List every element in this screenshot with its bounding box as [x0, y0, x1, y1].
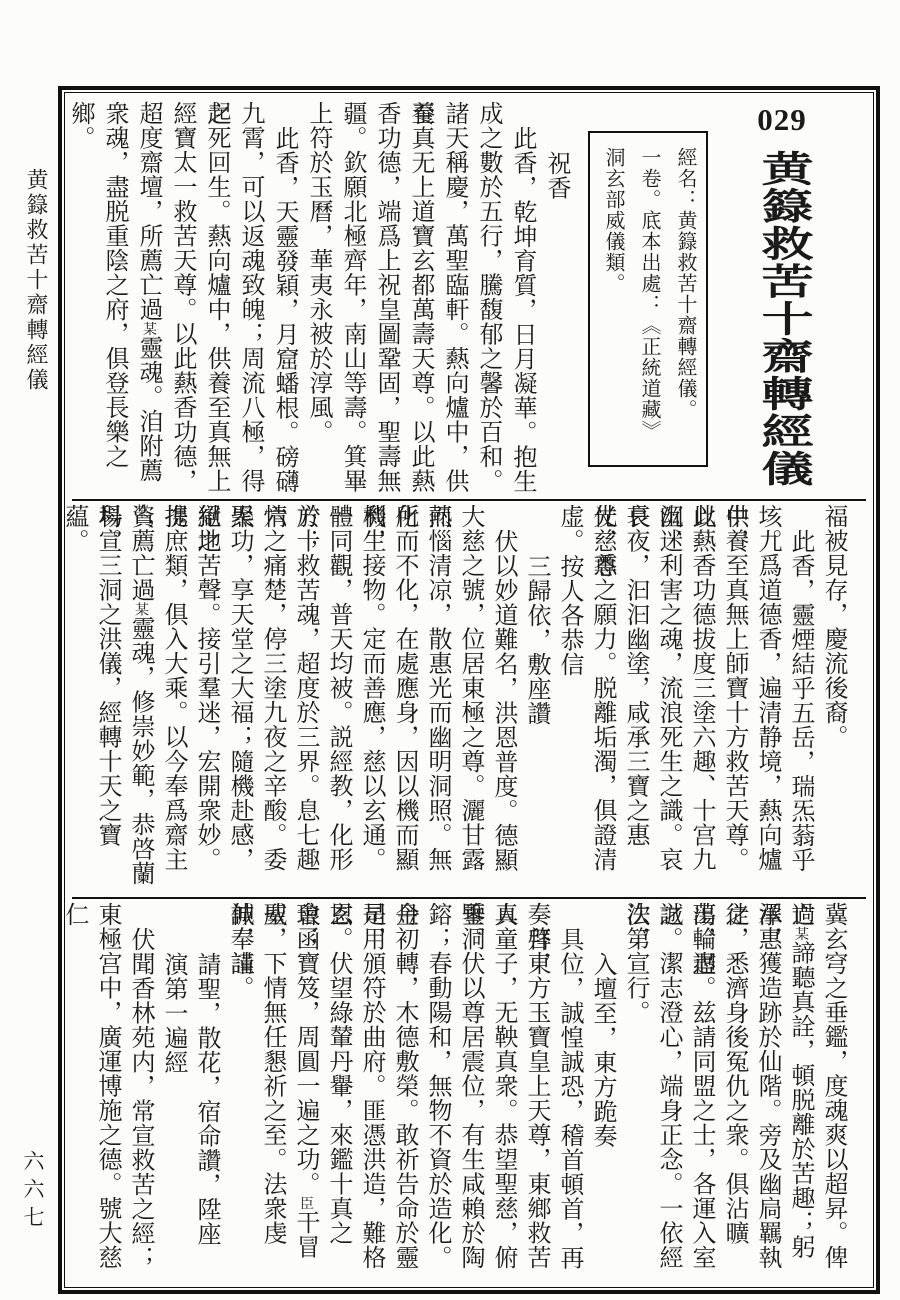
text-column: 演第一遍經: [157, 902, 190, 1279]
text-column: 東極宫中，廣運博施之德。號大慈仁: [91, 902, 124, 1279]
text-column: 具位，誠惶誠恐，稽首頓首，再拜，: [553, 902, 586, 1279]
text-columns-top: 祝香此香，乾坤育質，日月凝華。抱生成之數於五行，騰馥郁之馨於百和。諸天稱慶，萬聖…: [98, 101, 574, 496]
text-column: 鎔；春動陽和，無物不資於造化。金: [421, 902, 454, 1279]
small-annotation-char: 某: [793, 927, 809, 941]
edition-note-column: 洞玄部威儀類。: [596, 133, 632, 465]
text-column: 獄之苦聲。接引羣迷，宏開衆妙。提: [190, 504, 223, 894]
text-column: 熱惱清凉，散惠光而幽明洞照。無所: [421, 504, 454, 894]
page-frame: 029 黄籙救苦十齋轉經儀 經名：黄籙救苦十齋轉經儀。 一卷。底本出處：《正統道…: [58, 86, 880, 1294]
edition-note-column: 經名：黄籙救苦十齋轉經儀。: [668, 133, 704, 465]
text-column: 資薦亡過某靈魂，修崇妙範，恭啓蘭場。: [124, 504, 157, 894]
text-column: 出輪迴。兹請同盟之士，各運入室之: [685, 902, 718, 1279]
text-column: 此爇香功德拔度三塗六趣、十宫九幽、: [685, 504, 718, 894]
text-column: 方；救苦魂，超度於三界。息七趣六: [289, 504, 322, 894]
text-column: 人童子，无鞅真衆。恭望聖慈，俯垂洞: [487, 902, 520, 1279]
folio-number: 六六七: [18, 1150, 48, 1234]
text-column: 成之數於五行，騰馥郁之馨於百和。: [472, 101, 506, 496]
text-column: 丹初轉，木德敷榮。敢祈告命於靈司，: [388, 902, 421, 1279]
text-column: 是用頒符於曲府。匪憑洪造，難格玄: [355, 902, 388, 1279]
text-column: 福被見存，慶流後裔。: [817, 504, 850, 894]
scripture-scan-page: { "colors": { "ink": "#1a1a1a", "paper":…: [0, 0, 900, 1300]
text-column: 伸奉請。: [223, 902, 256, 1279]
text-column: 科宣三洞之洪儀，經轉十天之寶藴。: [91, 504, 124, 894]
text-column: 供養至真無上師寶十方救苦天尊。以: [718, 504, 751, 894]
edition-note-column: 一卷。底本出處：《正統道藏》: [632, 133, 668, 465]
text-column: 垓。爲道德香，遍清静境，爇向爐中，: [751, 504, 784, 894]
text-column: 鑒。伏以尊居震位，有生咸賴於陶: [454, 902, 487, 1279]
text-column: 情之痛楚，停三塗九夜之辛酸。委炁: [256, 504, 289, 894]
text-column: 入壇至，東方跪奏: [586, 902, 619, 1279]
text-column: 琅函寶笈，周圓一遍之功。臣干冒聖: [289, 902, 322, 1279]
small-annotation-char: 某: [141, 322, 157, 336]
text-column: 伏以妙道難名，洪恩普度。德顯: [487, 504, 520, 894]
text-column: 三歸依，敷座讚: [520, 504, 553, 894]
section-top: 029 黄籙救苦十齋轉經儀 經名：黄籙救苦十齋轉經儀。 一卷。底本出處：《正統道…: [70, 98, 868, 499]
text-column: 體同觀，普天均被。説經教，化形於十: [322, 504, 355, 894]
text-column: 請聖，散花，宿命讚，陞座: [190, 902, 223, 1279]
text-columns-bottom: 冀玄穹之垂鑑，度魂爽以超昇。俾亡過某諦聽真詮，頓脱離於苦趣；躬承惠澤，獲造跡於仙…: [91, 902, 850, 1279]
text-column: 次第宣行。: [619, 902, 652, 1279]
text-column: 九霄，可以返魂致魄；周流八極，得之: [234, 101, 268, 496]
text-column: 沉迷利害之魂，流浪死生之識。哀哀: [652, 504, 685, 894]
text-column: 長夜，汩汩幽塗，咸承三寶之惠光，悉: [619, 504, 652, 894]
section-middle: 福被見存，慶流後裔。此香，靈煙結乎五岳，瑞炁蓊乎九垓。爲道德香，遍清静境，爇向爐…: [70, 501, 868, 897]
text-column: 諸天稱慶，萬聖臨軒。爇向爐中，供養: [438, 101, 472, 496]
text-column: 疆。欽願北極齊年，南山等壽。箕畢: [336, 101, 370, 496]
text-column: 利生接物。定而善應，慈以玄通。一: [355, 504, 388, 894]
text-column: 過某諦聽真詮，頓脱離於苦趣；躬承惠: [784, 902, 817, 1279]
text-column: 澤，獲造跡於仙階。旁及幽扃羈執之: [751, 902, 784, 1279]
text-column: 化而不化，在處應身，因以機而顯機，: [388, 504, 421, 894]
text-column: 奏啓東方玉寶皇上天尊，東鄉救苦真: [520, 902, 553, 1279]
text-column: 經寶太一救苦天尊。以此爇香功德，: [166, 101, 200, 496]
text-column: 香功德，端爲上祝皇圖鞏固，聖壽無: [370, 101, 404, 496]
text-column: 恩。伏望綠輦丹轝，來鑑十真之會；: [322, 902, 355, 1279]
text-column: 至真无上道寶玄都萬壽天尊。以此爇: [404, 101, 438, 496]
text-columns-middle: 福被見存，慶流後裔。此香，靈煙結乎五岳，瑞炁蓊乎九垓。爲道德香，遍清静境，爇向爐…: [91, 504, 850, 894]
text-column: 伏聞香林苑内，常宣救苦之經；: [124, 902, 157, 1279]
text-column: 威，下情無任懇祈之至。法衆虔誠，謹: [256, 902, 289, 1279]
text-column: 此香，天靈發穎，月窟蟠根。磅礴: [268, 101, 302, 496]
text-column: 衆魂，盡脱重陰之府，俱登長樂之鄉。: [98, 101, 132, 496]
section-bottom: 冀玄穹之垂鑑，度魂爽以超昇。俾亡過某諦聽真詮，頓脱離於苦趣；躬承惠澤，獲造跡於仙…: [70, 899, 868, 1282]
text-column: 携庶類，俱入大乘。以今奉爲齋主某，: [157, 504, 190, 894]
page-code: 029: [754, 102, 810, 138]
edition-note-box: 經名：黄籙救苦十齋轉經儀。 一卷。底本出處：《正統道藏》 洞玄部威儀類。: [588, 131, 708, 467]
small-annotation-char: 臣: [298, 1196, 314, 1210]
text-column: 徒，悉濟身後冤仇之衆。俱沾曠蕩，盡: [718, 902, 751, 1279]
text-column: 聚功，享天堂之大福；隨機赴感，絕地: [223, 504, 256, 894]
scripture-title: 黄籙救苦十齋轉經儀: [743, 150, 824, 488]
text-column: 此香，乾坤育質，日月凝華。抱生: [506, 101, 540, 496]
text-column: 超度齋壇，所薦亡過某靈魂。洎附薦: [132, 101, 166, 496]
text-column: 大慈之號，位居東極之尊。灑甘露而: [454, 504, 487, 894]
text-column: 仗慈尊之願力。脱離垢濁，俱證清虚。: [586, 504, 619, 894]
text-column: 祝香: [540, 101, 574, 496]
text-column: 起死回生。爇向爐中，供養至真無上: [200, 101, 234, 496]
text-column: 按人各恭信: [553, 504, 586, 894]
text-column: 上符於玉曆，華夷永被於淳風。: [302, 101, 336, 496]
text-column: 此香，靈煙結乎五岳，瑞炁蓊乎九: [784, 504, 817, 894]
text-column: 誠。潔志澄心，端身正念。一依經法，: [652, 902, 685, 1279]
small-annotation-char: 某: [133, 602, 149, 616]
text-column: 冀玄穹之垂鑑，度魂爽以超昇。俾亡: [817, 902, 850, 1279]
margin-title: 黄籙救苦十齋轉經儀: [20, 168, 51, 393]
page-inner-area: 029 黄籙救苦十齋轉經儀 經名：黄籙救苦十齋轉經儀。 一卷。底本出處：《正統道…: [70, 98, 868, 1282]
